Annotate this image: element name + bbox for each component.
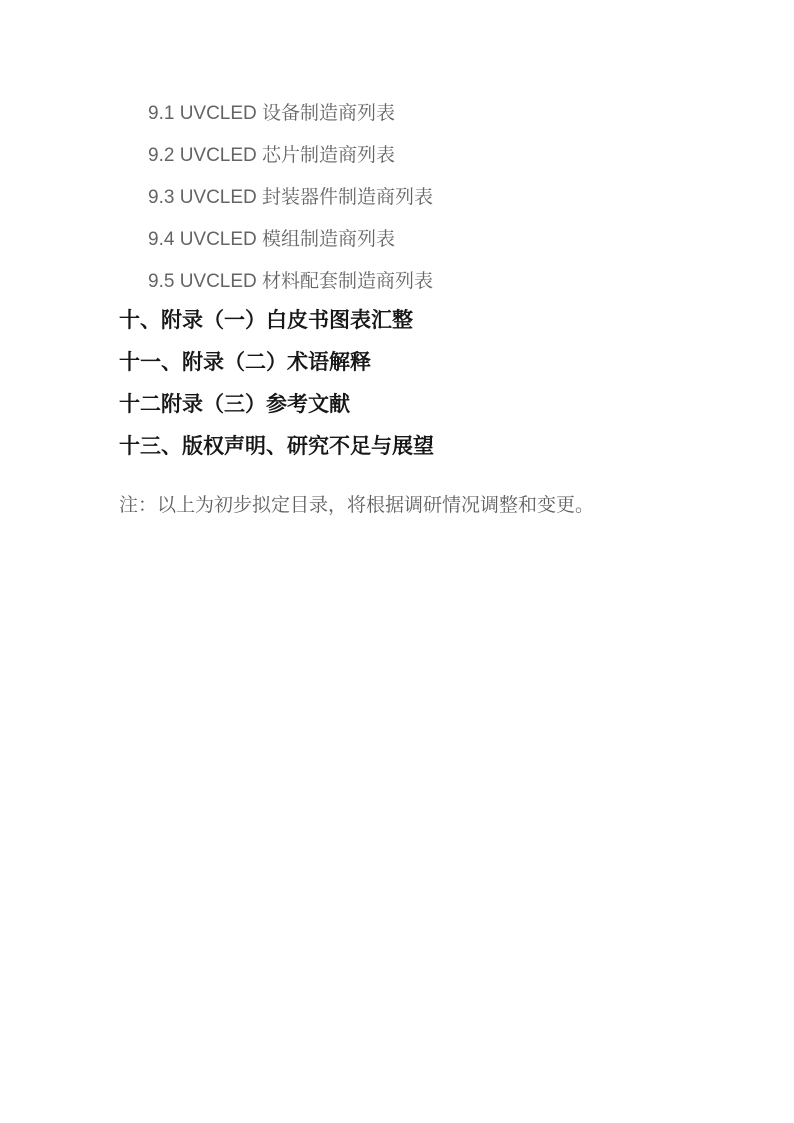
toc-section-heading: 十一、附录（二）术语解释 bbox=[119, 342, 794, 384]
toc-item: 9.3 UVCLED 封装器件制造商列表 bbox=[148, 177, 794, 219]
toc-section-heading: 十三、版权声明、研究不足与展望 bbox=[119, 426, 794, 468]
toc-heading-list: 十、附录（一）白皮书图表汇整 十一、附录（二）术语解释 十二附录（三）参考文献 … bbox=[119, 300, 794, 468]
toc-section-heading: 十二附录（三）参考文献 bbox=[119, 384, 794, 426]
toc-item: 9.5 UVCLED 材料配套制造商列表 bbox=[148, 261, 794, 303]
toc-item: 9.1 UVCLED 设备制造商列表 bbox=[148, 93, 794, 135]
toc-item: 9.2 UVCLED 芯片制造商列表 bbox=[148, 135, 794, 177]
toc-subitem-list: 9.1 UVCLED 设备制造商列表 9.2 UVCLED 芯片制造商列表 9.… bbox=[148, 0, 794, 303]
toc-item: 9.4 UVCLED 模组制造商列表 bbox=[148, 219, 794, 261]
toc-note: 注：以上为初步拟定目录，将根据调研情况调整和变更。 bbox=[119, 485, 794, 527]
document-page: 9.1 UVCLED 设备制造商列表 9.2 UVCLED 芯片制造商列表 9.… bbox=[0, 0, 794, 1123]
toc-section-heading: 十、附录（一）白皮书图表汇整 bbox=[119, 300, 794, 342]
